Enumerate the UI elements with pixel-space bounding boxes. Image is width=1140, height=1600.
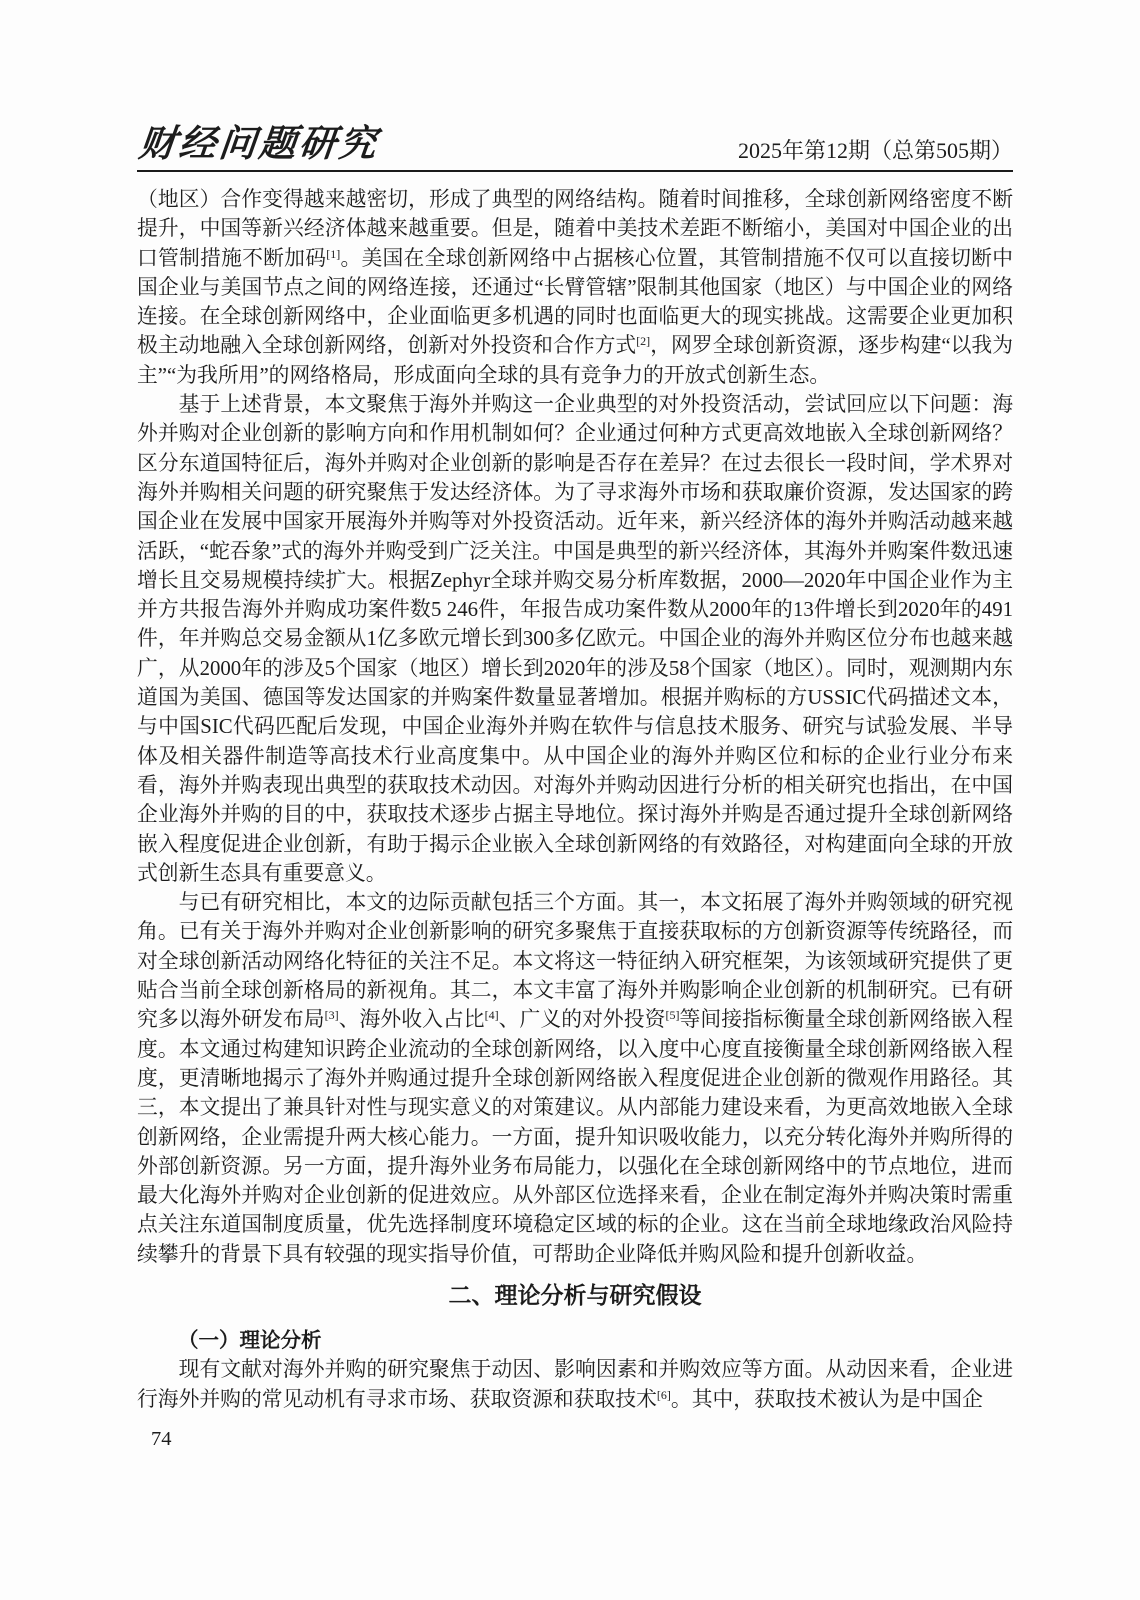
intro-paragraphs: （地区）合作变得越来越密切，形成了典型的网络结构。随着时间推移，全球创新网络密度…	[137, 185, 1013, 1269]
paragraph: （地区）合作变得越来越密切，形成了典型的网络结构。随着时间推移，全球创新网络密度…	[137, 185, 1013, 390]
footnote-ref: [3]	[325, 1008, 339, 1022]
section-heading: 二、理论分析与研究假设	[137, 1280, 1013, 1310]
page-content: 财经问题研究 2025年第12期（总第505期） （地区）合作变得越来越密切，形…	[137, 126, 1013, 1454]
paragraph: 与已有研究相比，本文的边际贡献包括三个方面。其一，本文拓展了海外并购领域的研究视…	[137, 888, 1013, 1269]
page-header: 财经问题研究 2025年第12期（总第505期）	[137, 126, 1013, 172]
journal-logo: 财经问题研究	[137, 126, 381, 163]
paragraph: 基于上述背景，本文聚焦于海外并购这一企业典型的对外投资活动，尝试回应以下问题：海…	[137, 390, 1013, 888]
footnote-ref: [2]	[636, 334, 650, 348]
footnote-ref: [4]	[485, 1008, 499, 1022]
footnote-ref: [1]	[326, 247, 340, 261]
paragraph: 现有文献对海外并购的研究聚焦于动因、影响因素和并购效应等方面。从动因来看，企业进…	[137, 1355, 1013, 1414]
page-number: 74	[151, 1425, 1013, 1454]
body-text: （地区）合作变得越来越密切，形成了典型的网络结构。随着时间推移，全球创新网络密度…	[137, 185, 1013, 1454]
paper-page: 财经问题研究 2025年第12期（总第505期） （地区）合作变得越来越密切，形…	[0, 0, 1140, 1600]
section-paragraphs: 现有文献对海外并购的研究聚焦于动因、影响因素和并购效应等方面。从动因来看，企业进…	[137, 1355, 1013, 1414]
issue-info: 2025年第12期（总第505期）	[738, 139, 1013, 163]
footnote-ref: [5]	[665, 1008, 679, 1022]
footnote-ref: [6]	[657, 1388, 671, 1402]
subsection-heading: （一）理论分析	[137, 1326, 1013, 1355]
